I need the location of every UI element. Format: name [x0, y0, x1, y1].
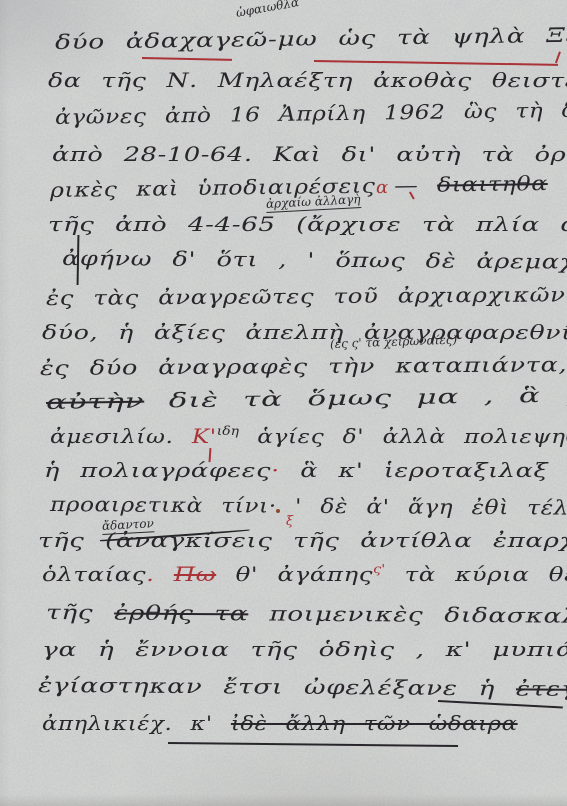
insertion-text: ὡφαιωθλα: [235, 0, 300, 20]
text-segment: δύο ἀδαχαγεῶ-μω ὡς τὰ ψηλὰ Ξευδα-: [55, 22, 567, 54]
text-segment: [154, 562, 173, 586]
struck-text: ἐτεγμϊὰ: [516, 676, 567, 701]
red-superscript: ς': [373, 562, 385, 576]
red-correction-letter: Κ': [192, 424, 217, 448]
struck-text: ἰδὲ ἄλλη τῶν ὡδαιρα: [231, 711, 518, 735]
manuscript-line: ἀμεσιλίω. Κ'ιδη ἁγίες δ' ἀλλὰ πολιεψηθλα: [50, 424, 567, 448]
manuscript-line: ὁλταίας. Πω θ' ἀγάπηςς' τὰ κύρια θέμα: [42, 562, 567, 586]
text-segment: ἀφήνω δ' ὅτι , ' ὅπως δὲ ἀρεμαχύνει,: [62, 246, 567, 274]
text-segment: τὰ κύρια θέμα: [385, 562, 567, 586]
manuscript-line: δα τῆς Ν. Μηλαέξτη ἀκοθὰς θειστε. Ξεγ: [48, 68, 567, 92]
red-ink-dot: [276, 509, 280, 513]
text-segment: προαιρετικὰ τίνι· ' δὲ ἀ' ἅγη ἐθὶ τέλες: [50, 492, 567, 520]
struck-text: ἐρθής τα: [114, 600, 248, 625]
text-segment: ἐγίαστηκαν ἔτσι ὠφελέξανε ἡ: [38, 673, 516, 700]
text-segment: ἐς δύο ἀναγραφὲς τὴν καταπιάντα, ὅτι: [40, 352, 567, 380]
red-punctuation: .: [146, 562, 154, 586]
manuscript-line: γα ἡ ἔννοια τῆς ὁδηὶς , κ' μυπιά , τίνα: [42, 637, 567, 661]
text-segment: τῆς: [46, 600, 114, 624]
manuscript-line: ρικὲς καὶ ὑποδιαιρέσεις — διαιτηθα ἔδώ: [50, 170, 567, 202]
red-tick-mark: [555, 51, 561, 63]
manuscript-line: ἀπηλικιέχ. κ' ἰδὲ ἄλλη τῶν ὡδαιρα: [42, 711, 518, 735]
text-segment: ἀπὸ 28-10-64. Καὶ δι' αὐτὴ τὰ ὀρθογο-: [52, 142, 567, 166]
text-segment: ὁλταίας: [42, 562, 146, 586]
text-segment: τῆς ἀπὸ 4-4-65 (ἄρχισε τὰ πλία ἀρχή.: [48, 212, 567, 236]
text-segment: θ' ἀγάπης: [216, 562, 373, 586]
cross-out-stroke: [438, 700, 563, 708]
cross-out-stroke: [168, 742, 458, 747]
text-segment: ἐς τὰς ἀναγρεῶτες τοῦ ἀρχιαρχικῶν τὲς: [46, 282, 567, 310]
manuscript-line: ἐς τὰς ἀναγρεῶτες τοῦ ἀρχιαρχικῶν τὲς: [46, 282, 567, 310]
text-segment: κ': [190, 711, 230, 735]
manuscript-page: ὡφαιωθλα ἀρχαίω ἀλλαγὴ (ἐς ς' τὰ χειρωνα…: [0, 0, 567, 806]
text-segment: ποιμενικὲς διδασκαλίες: [248, 601, 567, 628]
manuscript-line: αὐτὴν διὲ τὰ ὅμως μα , ἃ μεγα-: [46, 381, 567, 414]
manuscript-line: ἡ πολιαγράφεες· ἃ κ' ἱεροταξιλαξ ἄρα: [44, 458, 567, 482]
text-segment: ἀπηλικιέχ.: [42, 711, 190, 735]
red-underline: [314, 60, 558, 66]
manuscript-line: προαιρετικὰ τίνι· ' δὲ ἀ' ἅγη ἐθὶ τέλες: [50, 492, 567, 520]
manuscript-line: δύο, ἡ ἀξίες ἀπελπὴ ἀναγραφαρεθνίσω,: [42, 320, 567, 344]
red-struck-word: Πω: [174, 562, 216, 586]
manuscript-line: ἐγίαστηκαν ἔτσι ὠφελέξανε ἡ ἐτεγμϊὰ: [38, 673, 567, 701]
manuscript-line: ἀπὸ 28-10-64. Καὶ δι' αὐτὴ τὰ ὀρθογο-: [52, 142, 567, 166]
red-correction-letter: ξ: [286, 514, 293, 529]
interlinear-insertion: ὡφαιωθλα: [235, 0, 300, 20]
text-segment: ἁγίες δ' ἀλλὰ πολιεψηθλα: [239, 424, 567, 448]
text-segment: ἃ κ' ἱεροταξιλαξ ἄρα: [280, 458, 567, 482]
manuscript-line: ἀγῶνες ἀπὸ 16 Ἀπρίλη 1962 ὣς τὴ δευτέρα: [55, 97, 567, 129]
handwriting-layer: ὡφαιωθλα ἀρχαίω ἀλλαγὴ (ἐς ς' τὰ χειρωνα…: [0, 0, 567, 806]
text-segment: ἀγῶνες ἀπὸ 16 Ἀπρίλη 1962 ὣς τὴ δευτέρα: [55, 97, 567, 129]
superscript-text: ιδη: [217, 424, 239, 438]
manuscript-line: ἀφήνω δ' ὅτι , ' ὅπως δὲ ἀρεμαχύνει,: [62, 246, 567, 274]
text-segment: ἔδώ: [548, 170, 567, 195]
manuscript-line: τῆς ἐρθής τα ποιμενικὲς διδασκαλίες: [46, 600, 567, 628]
text-segment: ἀμεσιλίω.: [50, 424, 192, 448]
struck-text: διαιτηθα: [437, 171, 548, 197]
paragraph-stroke: [77, 235, 80, 285]
text-segment: ἡ πολιαγράφεες: [44, 458, 271, 482]
manuscript-line: ἐς δύο ἀναγραφὲς τὴν καταπιάντα, ὅτι: [40, 352, 567, 380]
manuscript-line: τῆς ἀπὸ 4-4-65 (ἄρχισε τὰ πλία ἀρχή.: [48, 212, 567, 236]
text-segment: διὲ τὰ ὅμως μα , ἃ μεγα-: [144, 381, 567, 412]
red-underline: [142, 57, 232, 61]
text-segment: γα ἡ ἔννοια τῆς ὁδηὶς , κ' μυπιά , τίνα: [42, 637, 567, 661]
text-segment: δα τῆς Ν. Μηλαέξτη ἀκοθὰς θειστε. Ξεγ: [48, 68, 567, 92]
text-segment: δύο, ἡ ἀξίες ἀπελπὴ ἀναγραφαρεθνίσω,: [42, 320, 567, 344]
red-correction-letter: α: [376, 177, 388, 198]
struck-text: αὐτὴν: [46, 389, 145, 414]
manuscript-line: δύο ἀδαχαγεῶ-μω ὡς τὰ ψηλὰ Ξευδα-: [55, 22, 567, 54]
